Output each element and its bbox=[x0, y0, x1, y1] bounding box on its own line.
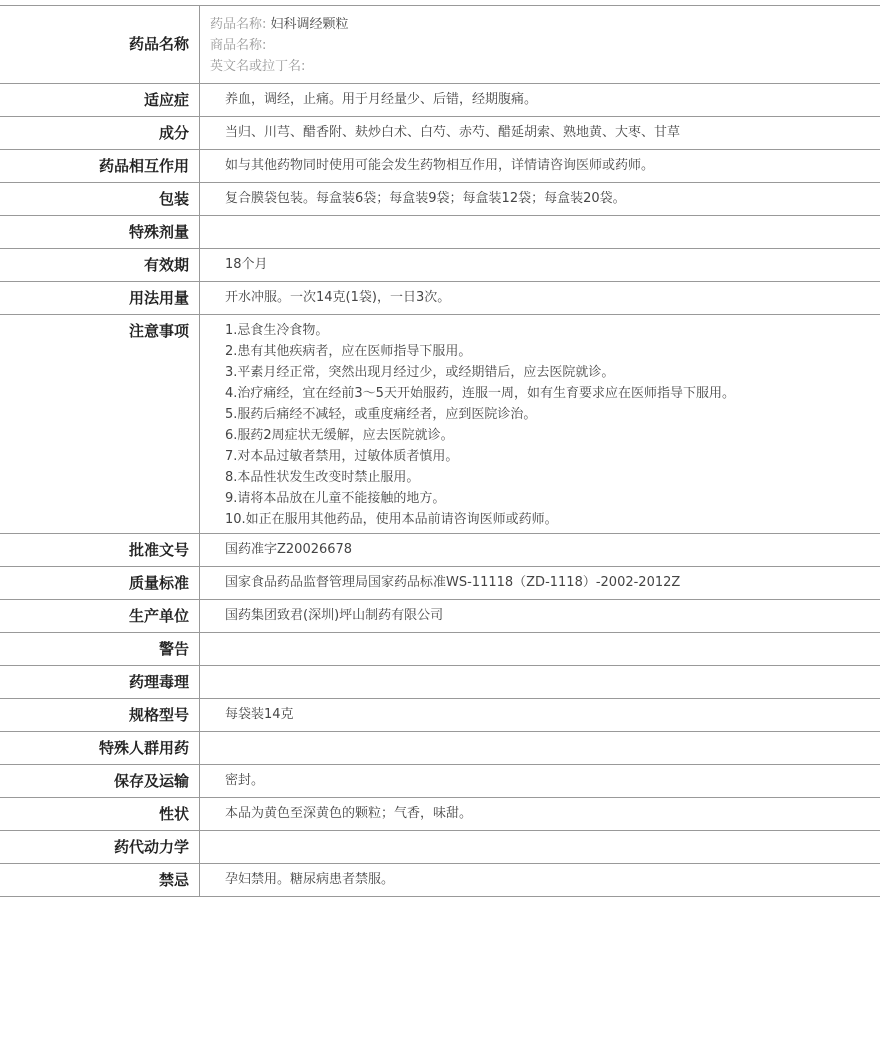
row-drug-name: 药品名称 药品名称: 妇科调经颗粒 商品名称: 英文名或拉丁名: bbox=[0, 6, 880, 84]
row-usage: 用法用量 开水冲服。一次14克(1袋)，一日3次。 bbox=[0, 282, 880, 315]
value-specification: 每袋装14克 bbox=[200, 699, 880, 732]
label-precautions: 注意事项 bbox=[0, 315, 200, 534]
row-packaging: 包装 复合膜袋包装。每盒装6袋；每盒装9袋；每盒装12袋；每盒装20袋。 bbox=[0, 183, 880, 216]
drug-spec-table: 药品名称 药品名称: 妇科调经颗粒 商品名称: 英文名或拉丁名: 适应症 养血，… bbox=[0, 5, 880, 897]
row-pharmacokinetics: 药代动力学 bbox=[0, 831, 880, 864]
label-specification: 规格型号 bbox=[0, 699, 200, 732]
label-toxicology: 药理毒理 bbox=[0, 666, 200, 699]
row-indications: 适应症 养血，调经，止痛。用于月经量少、后错，经期腹痛。 bbox=[0, 84, 880, 117]
value-storage: 密封。 bbox=[200, 765, 880, 798]
row-warning: 警告 bbox=[0, 633, 880, 666]
precaution-item: 2.患有其他疾病者，应在医师指导下服用。 bbox=[225, 341, 880, 362]
value-quality-standard: 国家食品药品监督管理局国家药品标准WS-11118（ZD-1118）-2002-… bbox=[200, 567, 880, 600]
precaution-item: 3.平素月经正常，突然出现月经过少，或经期错后，应去医院就诊。 bbox=[225, 362, 880, 383]
label-special-dosage: 特殊剂量 bbox=[0, 216, 200, 249]
value-precautions: 1.忌食生冷食物。 2.患有其他疾病者，应在医师指导下服用。 3.平素月经正常，… bbox=[200, 315, 880, 534]
label-usage: 用法用量 bbox=[0, 282, 200, 315]
precaution-item: 10.如正在服用其他药品，使用本品前请咨询医师或药师。 bbox=[225, 509, 880, 530]
row-special-population: 特殊人群用药 bbox=[0, 732, 880, 765]
label-indications: 适应症 bbox=[0, 84, 200, 117]
precaution-item: 8.本品性状发生改变时禁止服用。 bbox=[225, 467, 880, 488]
row-description: 性状 本品为黄色至深黄色的颗粒；气香，味甜。 bbox=[0, 798, 880, 831]
label-approval-number: 批准文号 bbox=[0, 534, 200, 567]
value-toxicology bbox=[200, 666, 880, 699]
label-contraindications: 禁忌 bbox=[0, 864, 200, 897]
row-ingredients: 成分 当归、川芎、醋香附、麸炒白术、白芍、赤芍、醋延胡索、熟地黄、大枣、甘草 bbox=[0, 117, 880, 150]
value-indications: 养血，调经，止痛。用于月经量少、后错，经期腹痛。 bbox=[200, 84, 880, 117]
value-special-dosage bbox=[200, 216, 880, 249]
precaution-item: 6.服药2周症状无缓解，应去医院就诊。 bbox=[225, 425, 880, 446]
value-warning bbox=[200, 633, 880, 666]
row-storage: 保存及运输 密封。 bbox=[0, 765, 880, 798]
value-pharmacokinetics bbox=[200, 831, 880, 864]
trade-name-label: 商品名称: bbox=[210, 35, 880, 56]
value-description: 本品为黄色至深黄色的颗粒；气香，味甜。 bbox=[200, 798, 880, 831]
value-ingredients: 当归、川芎、醋香附、麸炒白术、白芍、赤芍、醋延胡索、熟地黄、大枣、甘草 bbox=[200, 117, 880, 150]
generic-name-value: 妇科调经颗粒 bbox=[271, 17, 349, 32]
label-packaging: 包装 bbox=[0, 183, 200, 216]
row-interactions: 药品相互作用 如与其他药物同时使用可能会发生药物相互作用，详情请咨询医师或药师。 bbox=[0, 150, 880, 183]
english-name-label: 英文名或拉丁名: bbox=[210, 56, 880, 77]
label-ingredients: 成分 bbox=[0, 117, 200, 150]
generic-name-label: 药品名称: bbox=[210, 17, 266, 32]
precaution-item: 7.对本品过敏者禁用，过敏体质者慎用。 bbox=[225, 446, 880, 467]
value-usage: 开水冲服。一次14克(1袋)，一日3次。 bbox=[200, 282, 880, 315]
precaution-item: 4.治疗痛经，宜在经前3～5天开始服药，连服一周，如有生育要求应在医师指导下服用… bbox=[225, 383, 770, 404]
row-approval-number: 批准文号 国药准字Z20026678 bbox=[0, 534, 880, 567]
row-contraindications: 禁忌 孕妇禁用。糖尿病患者禁服。 bbox=[0, 864, 880, 897]
value-manufacturer: 国药集团致君(深圳)坪山制药有限公司 bbox=[200, 600, 880, 633]
value-approval-number: 国药准字Z20026678 bbox=[200, 534, 880, 567]
row-specification: 规格型号 每袋装14克 bbox=[0, 699, 880, 732]
label-quality-standard: 质量标准 bbox=[0, 567, 200, 600]
label-warning: 警告 bbox=[0, 633, 200, 666]
label-description: 性状 bbox=[0, 798, 200, 831]
precaution-item: 1.忌食生冷食物。 bbox=[225, 320, 880, 341]
label-shelf-life: 有效期 bbox=[0, 249, 200, 282]
row-manufacturer: 生产单位 国药集团致君(深圳)坪山制药有限公司 bbox=[0, 600, 880, 633]
row-precautions: 注意事项 1.忌食生冷食物。 2.患有其他疾病者，应在医师指导下服用。 3.平素… bbox=[0, 315, 880, 534]
value-interactions: 如与其他药物同时使用可能会发生药物相互作用，详情请咨询医师或药师。 bbox=[200, 150, 880, 183]
label-special-population: 特殊人群用药 bbox=[0, 732, 200, 765]
row-toxicology: 药理毒理 bbox=[0, 666, 880, 699]
value-special-population bbox=[200, 732, 880, 765]
label-pharmacokinetics: 药代动力学 bbox=[0, 831, 200, 864]
precaution-item: 5.服药后痛经不减轻，或重度痛经者，应到医院诊治。 bbox=[225, 404, 880, 425]
value-packaging: 复合膜袋包装。每盒装6袋；每盒装9袋；每盒装12袋；每盒装20袋。 bbox=[200, 183, 880, 216]
row-quality-standard: 质量标准 国家食品药品监督管理局国家药品标准WS-11118（ZD-1118）-… bbox=[0, 567, 880, 600]
label-interactions: 药品相互作用 bbox=[0, 150, 200, 183]
label-storage: 保存及运输 bbox=[0, 765, 200, 798]
value-contraindications: 孕妇禁用。糖尿病患者禁服。 bbox=[200, 864, 880, 897]
value-drug-name: 药品名称: 妇科调经颗粒 商品名称: 英文名或拉丁名: bbox=[200, 6, 880, 84]
precaution-item: 9.请将本品放在儿童不能接触的地方。 bbox=[225, 488, 880, 509]
value-shelf-life: 18个月 bbox=[200, 249, 880, 282]
label-drug-name: 药品名称 bbox=[0, 6, 200, 84]
row-special-dosage: 特殊剂量 bbox=[0, 216, 880, 249]
label-manufacturer: 生产单位 bbox=[0, 600, 200, 633]
row-shelf-life: 有效期 18个月 bbox=[0, 249, 880, 282]
